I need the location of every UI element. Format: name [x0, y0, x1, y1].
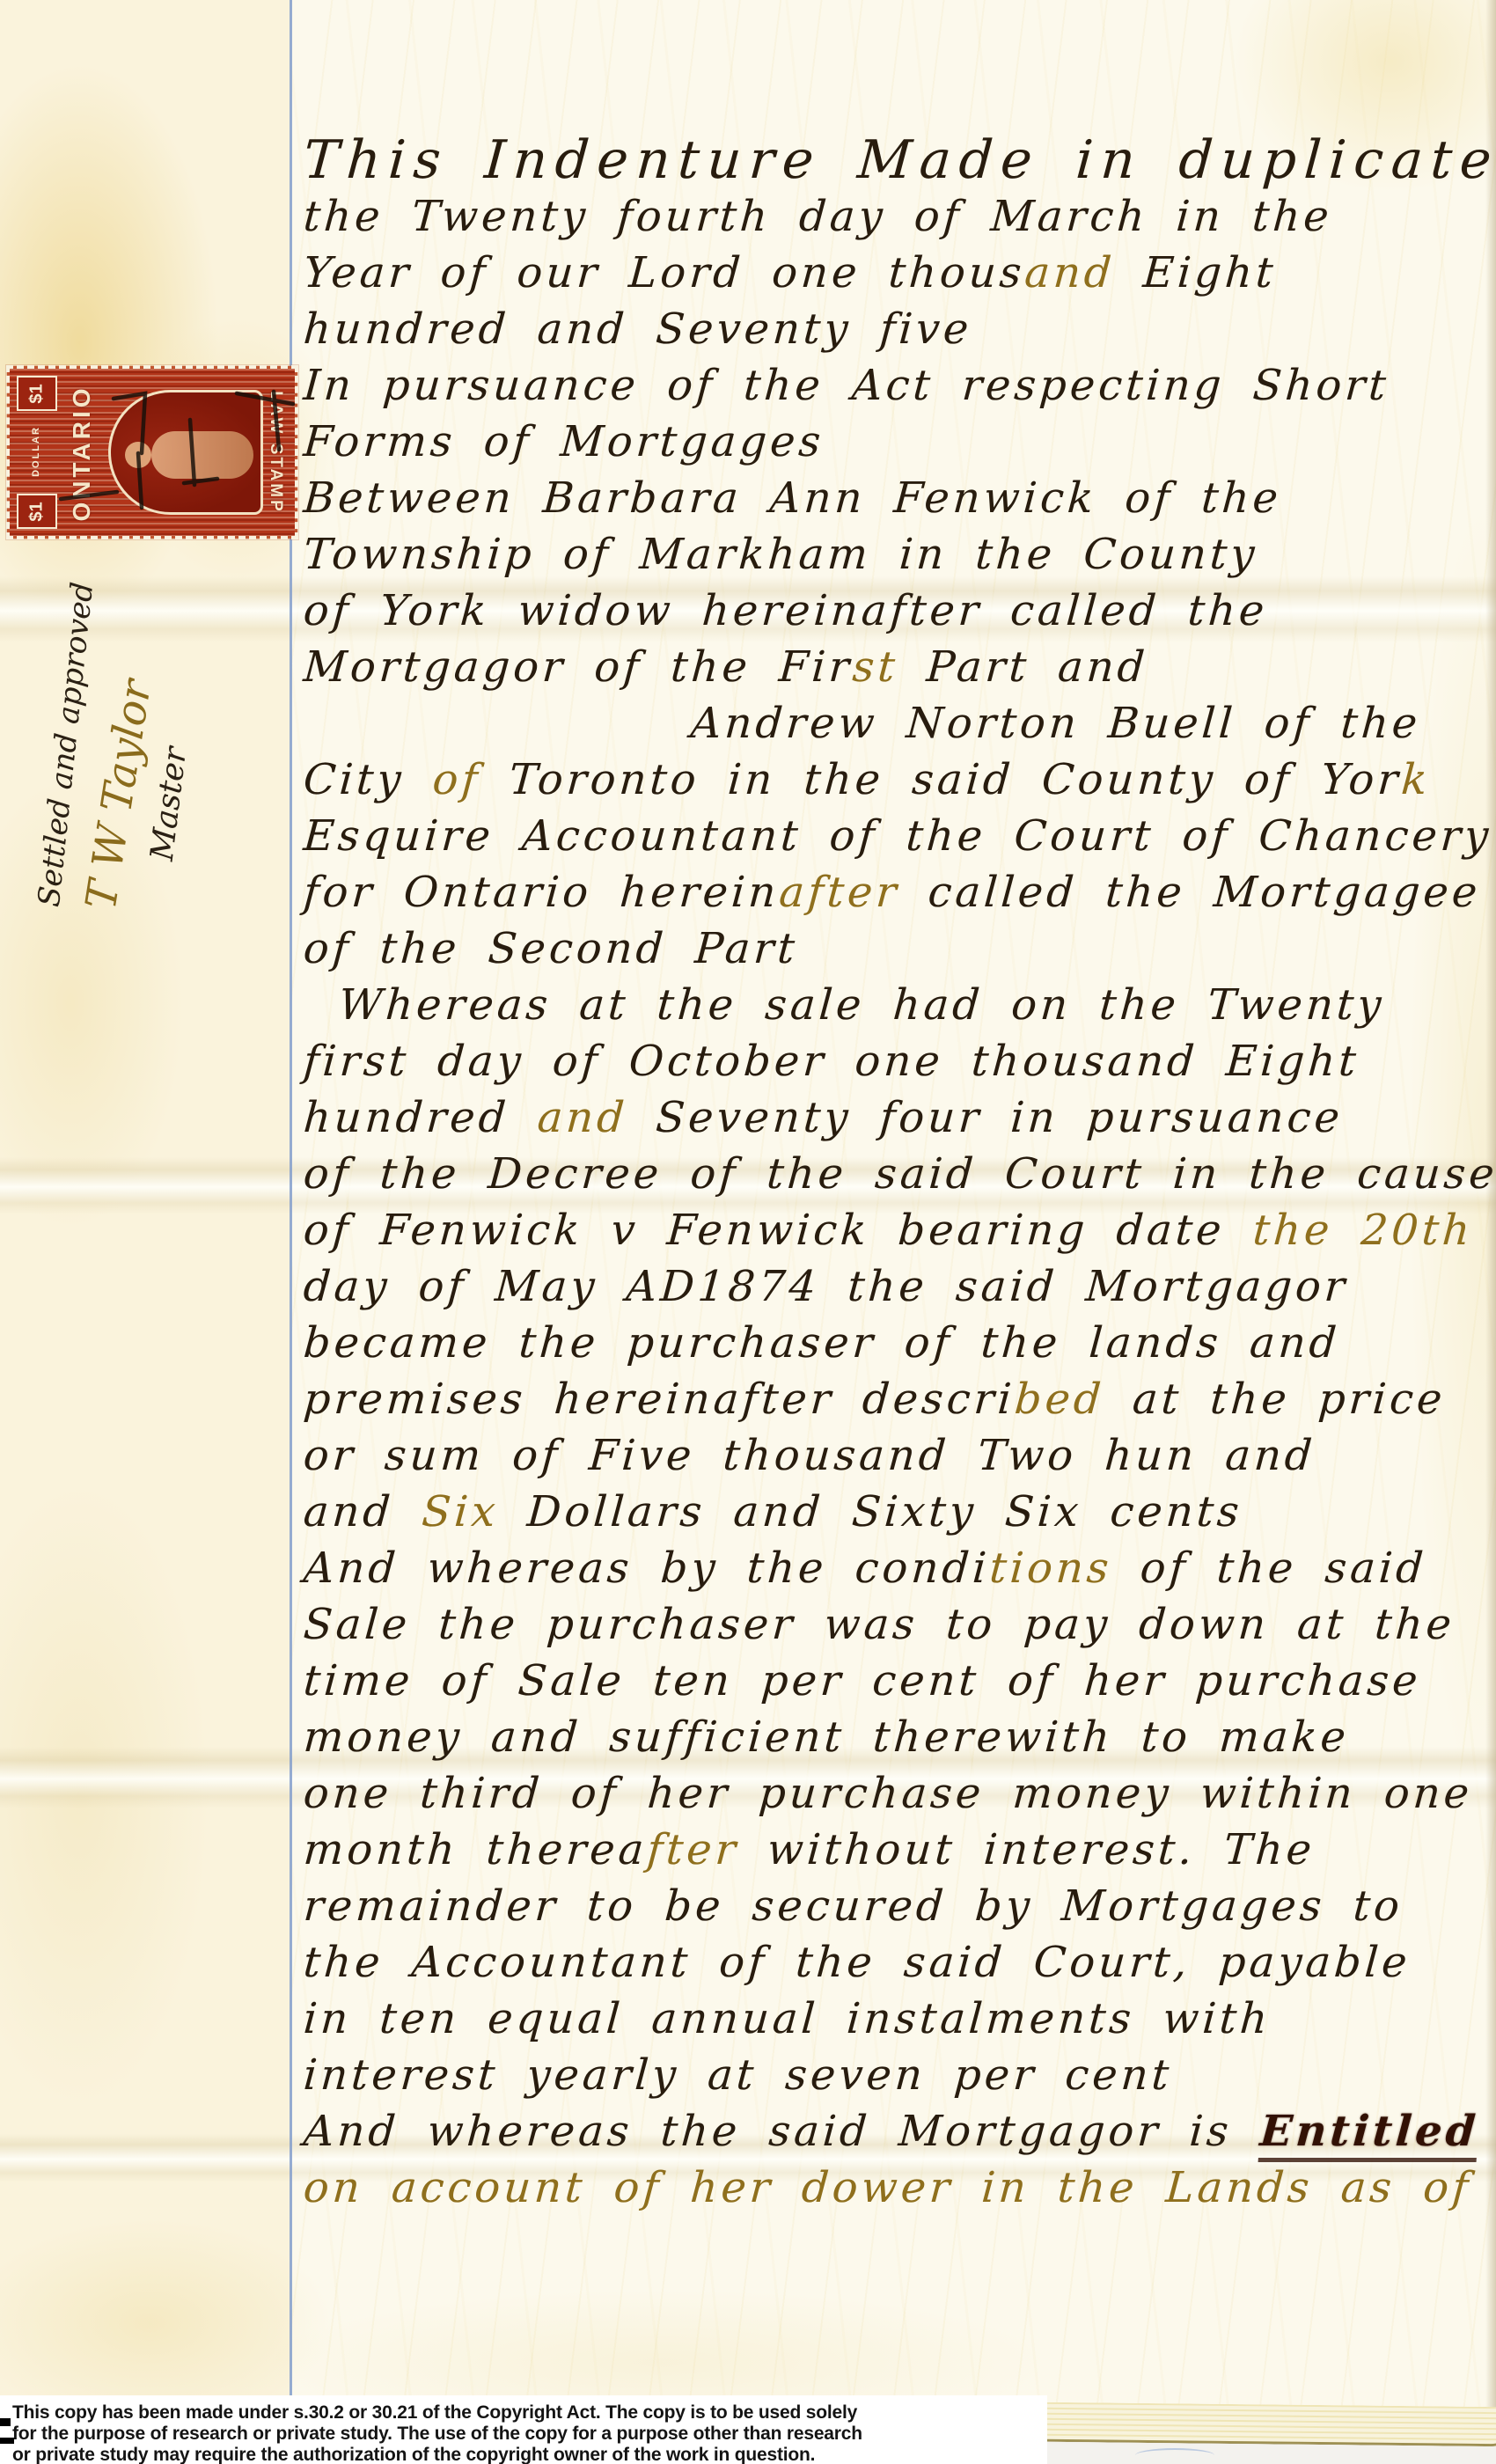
manuscript-line: Andrew Norton Buell of the	[689, 695, 1489, 752]
manuscript-line: hundred and Seventy five	[302, 301, 1489, 357]
manuscript-line: Between Barbara Ann Fenwick of the	[302, 470, 1489, 526]
manuscript-line: one third of her purchase money within o…	[302, 1765, 1489, 1822]
manuscript-line: City of Toronto in the said County of Yo…	[302, 752, 1489, 808]
manuscript-line: Whereas at the sale had on the Twenty	[337, 977, 1489, 1033]
manuscript-line: premises hereinafter described at the pr…	[302, 1371, 1489, 1427]
manuscript-line: of the Second Part	[302, 920, 1489, 977]
manuscript-line: And whereas the said Mortgagor is Entitl…	[302, 2103, 1489, 2160]
manuscript-line: money and sufficient therewith to make	[302, 1709, 1489, 1765]
margin-rule-line	[290, 0, 292, 2416]
scanner-smudge	[1135, 2448, 1214, 2462]
manuscript-line: hundred and Seventy four in pursuance	[302, 1089, 1489, 1146]
copyright-line: This copy has been made under s.30.2 or …	[12, 2402, 1038, 2424]
manuscript-line: month thereafter without interest. The	[302, 1822, 1489, 1878]
manuscript-line: or sum of Five thousand Two hun and	[302, 1427, 1489, 1484]
manuscript-line: This Indenture Made in duplicate	[302, 132, 1489, 188]
manuscript-line: remainder to be secured by Mortgages to	[302, 1878, 1489, 1934]
manuscript-line: the Twenty fourth day of March in the	[302, 188, 1489, 245]
manuscript-line: and Six Dollars and Sixty Six cents	[302, 1484, 1489, 1540]
manuscript: This Indenture Made in duplicatethe Twen…	[304, 132, 1487, 2216]
manuscript-line: Esquire Accountant of the Court of Chanc…	[302, 808, 1489, 864]
manuscript-line: Year of our Lord one thousand Eight	[302, 245, 1489, 301]
manuscript-line: the Accountant of the said Court, payabl…	[302, 1934, 1489, 1991]
copyright-notice: This copy has been made under s.30.2 or …	[0, 2395, 1047, 2464]
manuscript-line: In pursuance of the Act respecting Short	[302, 357, 1489, 414]
manuscript-line: first day of October one thousand Eight	[302, 1033, 1489, 1089]
pen-cancellation-marks	[10, 369, 300, 541]
manuscript-line: on account of her dower in the Lands as …	[302, 2160, 1489, 2216]
manuscript-line: of York widow hereinafter called the	[302, 583, 1489, 639]
manuscript-line: Sale the purchaser was to pay down at th…	[302, 1596, 1489, 1653]
manuscript-line: of the Decree of the said Court in the c…	[302, 1146, 1489, 1202]
manuscript-line: in ten equal annual instalments with	[302, 1991, 1489, 2047]
revenue-stamp: $1 $1 DOLLAR ONTARIO LAW STAMP	[7, 366, 297, 539]
photocopy-edge-mark	[0, 2438, 14, 2444]
manuscript-line: interest yearly at seven per cent	[302, 2047, 1489, 2103]
manuscript-line: Mortgagor of the First Part and	[302, 639, 1489, 695]
manuscript-line: became the purchaser of the lands and	[302, 1315, 1489, 1371]
manuscript-line: And whereas by the conditions of the sai…	[302, 1540, 1489, 1596]
scanned-document-page: $1 $1 DOLLAR ONTARIO LAW STAMP Settled a…	[0, 0, 1496, 2464]
manuscript-line: time of Sale ten per cent of her purchas…	[302, 1653, 1489, 1709]
photocopy-edge-mark	[0, 2418, 11, 2426]
manuscript-line: Township of Markham in the County	[302, 526, 1489, 583]
manuscript-line: Forms of Mortgages	[302, 414, 1489, 470]
manuscript-line: day of May AD1874 the said Mortgagor	[302, 1258, 1489, 1315]
manuscript-line: for Ontario hereinafter called the Mortg…	[302, 864, 1489, 920]
copyright-line: or private study may require the authori…	[12, 2445, 1038, 2464]
manuscript-line: of Fenwick v Fenwick bearing date the 20…	[302, 1202, 1489, 1258]
copyright-line: for the purpose of research or private s…	[12, 2424, 1038, 2445]
